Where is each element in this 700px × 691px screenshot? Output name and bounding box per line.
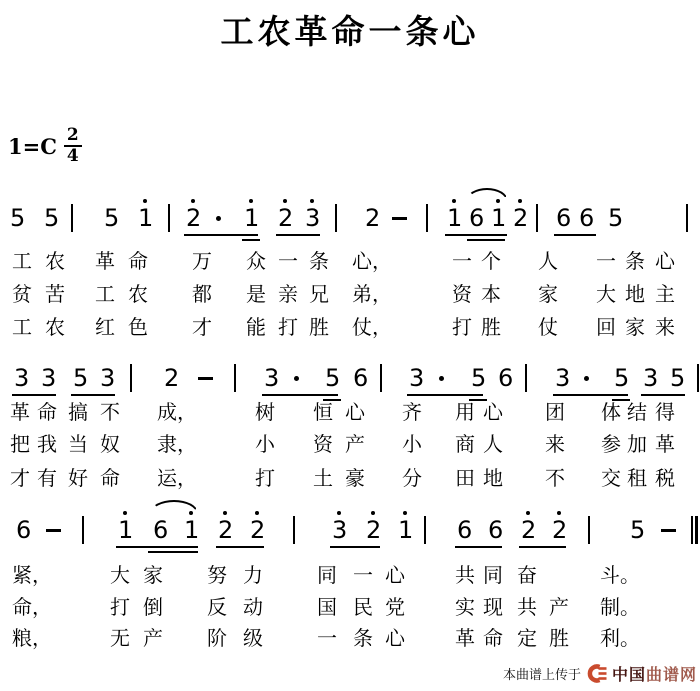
lyric-char: 打 xyxy=(452,316,472,339)
lyric-char: 命 xyxy=(483,627,503,650)
lyric-char: 命 xyxy=(128,250,148,273)
lyric-char: 树 xyxy=(255,401,275,424)
lyric-char: 团 xyxy=(545,401,565,424)
lyric-char: 革 xyxy=(655,433,675,456)
augmentation-dot xyxy=(584,376,589,381)
note-digit: 6 xyxy=(469,206,484,231)
beam xyxy=(12,394,56,396)
lyric-char: 条 xyxy=(353,627,373,650)
lyric-char: 亲 xyxy=(278,283,298,306)
lyric-char: 心 xyxy=(345,401,365,424)
half-note-dash xyxy=(46,529,61,532)
note-digit: 2 xyxy=(365,206,380,231)
note-digit: 2 xyxy=(164,366,179,391)
site-name-primary: 中国 xyxy=(612,665,646,684)
final-barline xyxy=(691,516,698,544)
octave-dot xyxy=(191,199,195,203)
note-digit: 6 xyxy=(153,518,168,543)
note-digit: 5 xyxy=(630,518,645,543)
lyric-char: 不 xyxy=(545,467,565,490)
lyric-char: 成， xyxy=(157,401,197,424)
note-digit: 6 xyxy=(556,206,571,231)
lyric-char: 命， xyxy=(12,596,52,619)
lyric-char: 民 xyxy=(353,596,373,619)
lyric-row: 工农革命万众一条心，一个人一条心 xyxy=(0,250,700,276)
barline xyxy=(686,204,688,232)
octave-dot xyxy=(337,511,341,515)
note-digit: 3 xyxy=(264,366,279,391)
lyric-char: 个 xyxy=(481,250,501,273)
note-digit: 1 xyxy=(118,518,133,543)
note-digit: 1 xyxy=(244,206,259,231)
note-digit: 6 xyxy=(16,518,31,543)
lyric-char: 运， xyxy=(157,467,197,490)
lyric-char: 心 xyxy=(483,401,503,424)
lyric-char: 众 xyxy=(246,250,266,273)
note-digit: 1 xyxy=(447,206,462,231)
lyric-char: 是 xyxy=(246,283,266,306)
lyric-char: 农 xyxy=(45,250,65,273)
lyric-char: 农 xyxy=(128,283,148,306)
note-digit: 6 xyxy=(498,366,513,391)
note-digit: 3 xyxy=(305,206,320,231)
note-digit: 3 xyxy=(409,366,424,391)
lyric-char: 租 xyxy=(627,467,647,490)
lyric-char: 有 xyxy=(37,467,57,490)
lyric-char: 级 xyxy=(243,627,263,650)
note-digit: 5 xyxy=(325,366,340,391)
lyric-row: 紧，大家努力同一心共同奋斗。 xyxy=(0,564,700,590)
lyric-char: 土 xyxy=(313,467,333,490)
lyric-char: 命 xyxy=(37,401,57,424)
lyric-char: 弟， xyxy=(352,283,392,306)
slur-arc xyxy=(466,188,508,201)
beam xyxy=(641,394,685,396)
note-digit: 5 xyxy=(44,206,59,231)
sheet-music-page: 工农革命一条心 1=C 2 4 555121232161266533532356… xyxy=(0,0,700,691)
lyric-char: 共 xyxy=(517,596,537,619)
lyric-char: 兄 xyxy=(309,283,329,306)
lyric-char: 家 xyxy=(625,316,645,339)
barline xyxy=(426,204,428,232)
beam xyxy=(519,546,566,548)
lyric-char: 利。 xyxy=(600,627,640,650)
lyric-char: 一 xyxy=(353,564,373,587)
site-logo-icon xyxy=(586,664,607,683)
lyric-char: 共 xyxy=(455,564,475,587)
note-digit: 5 xyxy=(608,206,623,231)
barline xyxy=(697,364,699,392)
beam xyxy=(184,234,258,236)
lyric-row: 工农红色才能打胜仗，打胜仗回家来 xyxy=(0,316,700,342)
note-digit: 6 xyxy=(488,518,503,543)
note-digit: 2 xyxy=(218,518,233,543)
note-digit: 5 xyxy=(614,366,629,391)
half-note-dash xyxy=(392,217,407,220)
lyric-char: 同 xyxy=(317,564,337,587)
lyric-char: 人 xyxy=(538,250,558,273)
barline xyxy=(424,516,426,544)
lyric-char: 红 xyxy=(95,316,115,339)
lyric-char: 一 xyxy=(317,627,337,650)
lyric-char: 用 xyxy=(455,401,475,424)
lyric-char: 条 xyxy=(625,250,645,273)
note-digit: 3 xyxy=(332,518,347,543)
barline xyxy=(380,364,382,392)
lyric-char: 才 xyxy=(192,316,212,339)
note-digit: 1 xyxy=(184,518,199,543)
lyric-row: 贫苦工农都是亲兄弟，资本家大地主 xyxy=(0,283,700,309)
footer: 本曲谱上传于 中国曲谱网 xyxy=(503,662,697,685)
barline xyxy=(168,204,170,232)
lyric-char: 心， xyxy=(352,250,392,273)
lyric-char: 一 xyxy=(278,250,298,273)
beam xyxy=(116,546,198,548)
octave-dot xyxy=(452,199,456,203)
lyric-char: 分 xyxy=(402,467,422,490)
barline xyxy=(335,204,337,232)
note-digit: 6 xyxy=(457,518,472,543)
lyric-char: 加 xyxy=(627,433,647,456)
lyric-row: 命，打倒反动国民党实现共产制。 xyxy=(0,596,700,622)
lyric-char: 胜 xyxy=(481,316,501,339)
note-digit: 5 xyxy=(10,206,25,231)
lyric-char: 打 xyxy=(255,467,275,490)
barline xyxy=(525,364,527,392)
lyric-char: 地 xyxy=(483,467,503,490)
octave-dot xyxy=(143,199,147,203)
note-digit: 2 xyxy=(250,518,265,543)
lyric-char: 苦 xyxy=(45,283,65,306)
slur-arc xyxy=(150,500,198,513)
lyric-char: 倒 xyxy=(143,596,163,619)
site-name-secondary: 曲谱网 xyxy=(646,665,697,684)
site-name[interactable]: 中国曲谱网 xyxy=(612,662,697,685)
note-digit: 1 xyxy=(398,518,413,543)
lyric-char: 恒 xyxy=(313,401,333,424)
score: 5551212321612665335323563563535616122321… xyxy=(0,0,700,691)
beam xyxy=(242,239,260,241)
lyric-char: 制。 xyxy=(600,596,640,619)
lyric-char: 革 xyxy=(10,401,30,424)
note-digit: 5 xyxy=(104,206,119,231)
note-digit: 2 xyxy=(521,518,536,543)
lyric-char: 交 xyxy=(601,467,621,490)
lyric-char: 商 xyxy=(455,433,475,456)
beam xyxy=(330,546,380,548)
lyric-char: 体 xyxy=(601,401,621,424)
beam xyxy=(445,234,507,236)
note-digit: 2 xyxy=(366,518,381,543)
augmentation-dot xyxy=(294,376,299,381)
lyric-char: 命 xyxy=(100,467,120,490)
lyric-char: 打 xyxy=(110,596,130,619)
lyric-char: 齐 xyxy=(402,401,422,424)
octave-dot xyxy=(518,199,522,203)
octave-dot xyxy=(283,199,287,203)
lyric-char: 家 xyxy=(538,283,558,306)
note-digit: 5 xyxy=(471,366,486,391)
lyric-char: 产 xyxy=(549,596,569,619)
lyric-char: 条 xyxy=(309,250,329,273)
lyric-char: 资 xyxy=(313,433,333,456)
lyric-char: 胜 xyxy=(309,316,329,339)
lyric-char: 工 xyxy=(12,250,32,273)
lyric-char: 贫 xyxy=(12,283,32,306)
beam xyxy=(276,234,320,236)
lyric-char: 不 xyxy=(100,401,120,424)
note-digit: 3 xyxy=(100,366,115,391)
lyric-char: 国 xyxy=(317,596,337,619)
lyric-char: 阶 xyxy=(207,627,227,650)
lyric-char: 工 xyxy=(95,283,115,306)
lyric-char: 胜 xyxy=(549,627,569,650)
lyric-char: 定 xyxy=(517,627,537,650)
lyric-char: 心 xyxy=(385,564,405,587)
lyric-char: 主 xyxy=(655,283,675,306)
lyric-char: 仗 xyxy=(538,316,558,339)
lyric-char: 田 xyxy=(455,467,475,490)
note-digit: 3 xyxy=(14,366,29,391)
barline xyxy=(588,516,590,544)
lyric-char: 打 xyxy=(278,316,298,339)
lyric-char: 大 xyxy=(596,283,616,306)
lyric-char: 党 xyxy=(385,596,405,619)
lyric-char: 实 xyxy=(455,596,475,619)
lyric-char: 隶， xyxy=(157,433,197,456)
lyric-char: 参 xyxy=(601,433,621,456)
octave-dot xyxy=(526,511,530,515)
beam xyxy=(148,551,198,553)
lyric-char: 才 xyxy=(10,467,30,490)
lyric-row: 才有好命运，打土豪分田地不交租税 xyxy=(0,467,700,493)
lyric-char: 革 xyxy=(95,250,115,273)
note-digit: 6 xyxy=(579,206,594,231)
note-digit: 3 xyxy=(643,366,658,391)
octave-dot xyxy=(403,511,407,515)
octave-dot xyxy=(249,199,253,203)
beam xyxy=(71,394,115,396)
lyric-char: 一 xyxy=(452,250,472,273)
lyric-char: 奴 xyxy=(100,433,120,456)
lyric-char: 仗， xyxy=(352,316,392,339)
beam xyxy=(262,394,338,396)
barline xyxy=(82,516,84,544)
lyric-char: 人 xyxy=(483,433,503,456)
lyric-char: 小 xyxy=(255,433,275,456)
lyric-char: 一 xyxy=(596,250,616,273)
augmentation-dot xyxy=(216,216,221,221)
lyric-char: 结 xyxy=(627,401,647,424)
lyric-char: 当 xyxy=(68,433,88,456)
footer-upload-text: 本曲谱上传于 xyxy=(503,664,581,683)
note-digit: 2 xyxy=(552,518,567,543)
lyric-char: 我 xyxy=(37,433,57,456)
note-digit: 1 xyxy=(138,206,153,231)
lyric-char: 家 xyxy=(143,564,163,587)
lyric-char: 都 xyxy=(192,283,212,306)
half-note-dash xyxy=(198,377,213,380)
lyric-char: 把 xyxy=(10,433,30,456)
lyric-char: 努 xyxy=(207,564,227,587)
lyric-char: 反 xyxy=(207,596,227,619)
lyric-char: 紧， xyxy=(12,564,52,587)
lyric-char: 革 xyxy=(455,627,475,650)
lyric-char: 同 xyxy=(483,564,503,587)
beam xyxy=(216,546,264,548)
lyric-char: 现 xyxy=(483,596,503,619)
lyric-char: 税 xyxy=(655,467,675,490)
beam xyxy=(554,234,596,236)
half-note-dash xyxy=(661,529,676,532)
lyric-row: 粮，无产阶级一条心革命定胜利。 xyxy=(0,627,700,653)
note-digit: 5 xyxy=(73,366,88,391)
beam xyxy=(553,394,628,396)
note-digit: 2 xyxy=(278,206,293,231)
barline xyxy=(293,516,295,544)
octave-dot xyxy=(557,511,561,515)
barline xyxy=(130,364,132,392)
lyric-char: 粮， xyxy=(12,627,52,650)
beam xyxy=(467,239,505,241)
lyric-char: 来 xyxy=(545,433,565,456)
lyric-char: 心 xyxy=(655,250,675,273)
lyric-char: 能 xyxy=(246,316,266,339)
octave-dot xyxy=(255,511,259,515)
lyric-row: 革命搞不成，树恒心齐用心团体结得 xyxy=(0,401,700,427)
lyric-char: 产 xyxy=(345,433,365,456)
note-digit: 2 xyxy=(513,206,528,231)
lyric-char: 小 xyxy=(402,433,422,456)
lyric-char: 大 xyxy=(110,564,130,587)
lyric-char: 斗。 xyxy=(600,564,640,587)
lyric-char: 农 xyxy=(45,316,65,339)
lyric-char: 万 xyxy=(192,250,212,273)
lyric-char: 心 xyxy=(385,627,405,650)
octave-dot xyxy=(310,199,314,203)
lyric-char: 资 xyxy=(452,283,472,306)
lyric-row: 把我当奴隶，小资产小商人来参加革 xyxy=(0,433,700,459)
lyric-char: 搞 xyxy=(68,401,88,424)
lyric-char: 力 xyxy=(243,564,263,587)
octave-dot xyxy=(123,511,127,515)
music-line: 5551212321612665 xyxy=(0,206,700,250)
augmentation-dot xyxy=(439,376,444,381)
lyric-char: 无 xyxy=(110,627,130,650)
lyric-char: 得 xyxy=(655,401,675,424)
octave-dot xyxy=(371,511,375,515)
lyric-char: 色 xyxy=(128,316,148,339)
beam xyxy=(455,546,502,548)
lyric-char: 工 xyxy=(12,316,32,339)
lyric-char: 奋 xyxy=(517,564,537,587)
note-digit: 5 xyxy=(670,366,685,391)
lyric-char: 产 xyxy=(143,627,163,650)
note-digit: 6 xyxy=(353,366,368,391)
lyric-char: 好 xyxy=(68,467,88,490)
octave-dot xyxy=(223,511,227,515)
barline xyxy=(536,204,538,232)
note-digit: 3 xyxy=(41,366,56,391)
barline xyxy=(71,204,73,232)
lyric-char: 地 xyxy=(625,283,645,306)
note-digit: 2 xyxy=(186,206,201,231)
barline xyxy=(234,364,236,392)
beam xyxy=(407,394,483,396)
lyric-char: 豪 xyxy=(345,467,365,490)
lyric-char: 本 xyxy=(481,283,501,306)
music-line: 61612232166225 xyxy=(0,518,700,562)
lyric-char: 动 xyxy=(243,596,263,619)
note-digit: 1 xyxy=(491,206,506,231)
lyric-char: 回 xyxy=(596,316,616,339)
note-digit: 3 xyxy=(555,366,570,391)
lyric-char: 来 xyxy=(655,316,675,339)
